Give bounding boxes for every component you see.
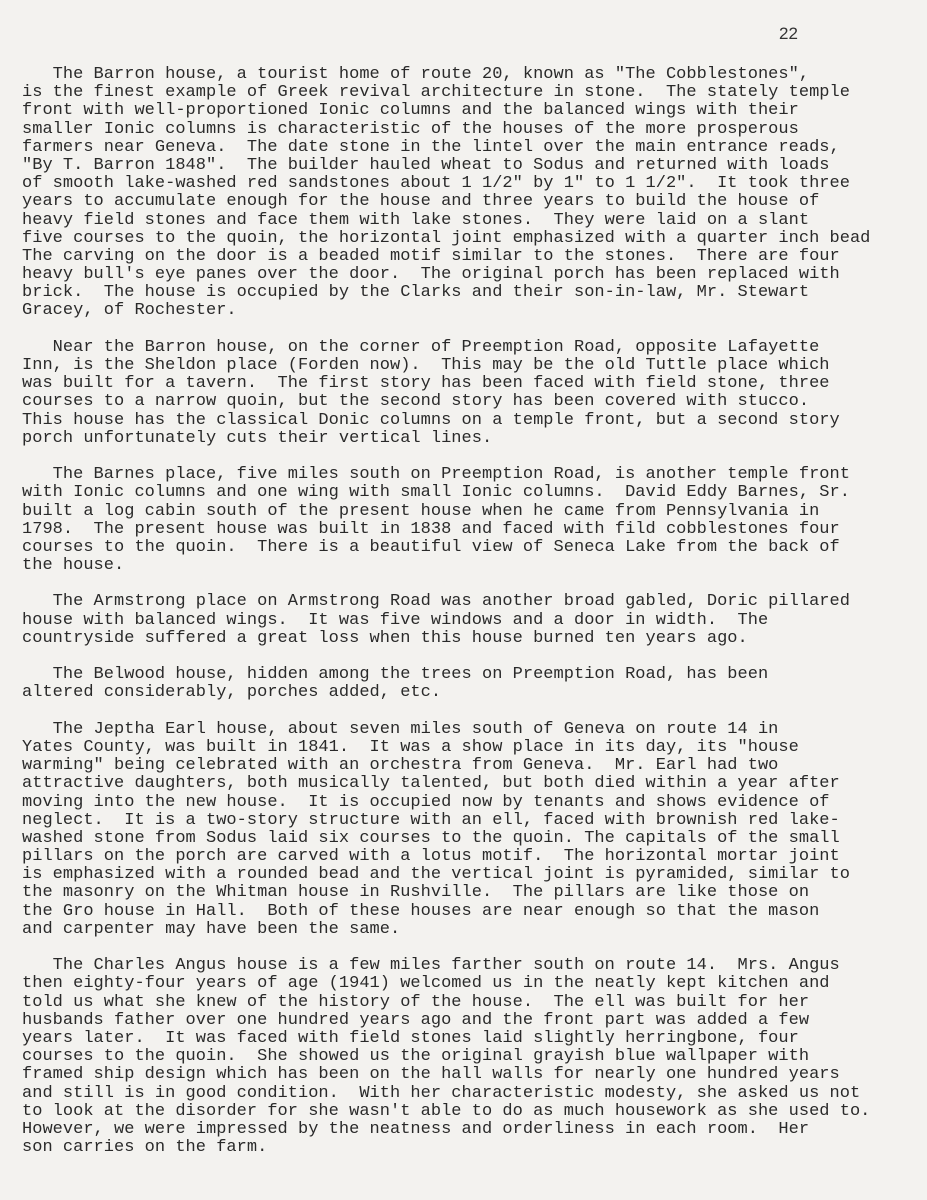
text-line: heavy field stones and face them with la… [22,212,922,230]
text-line: is emphasized with a rounded bead and th… [22,866,922,884]
text-line: The Charles Angus house is a few miles f… [22,957,922,975]
text-line: years later. It was faced with field sto… [22,1030,922,1048]
text-line: with Ionic columns and one wing with sma… [22,484,922,502]
text-line: front with well-proportioned Ionic colum… [22,102,922,120]
text-line: Inn, is the Sheldon place (Forden now). … [22,357,922,375]
text-line: of smooth lake-washed red sandstones abo… [22,175,922,193]
text-line: The Jeptha Earl house, about seven miles… [22,721,922,739]
text-line: moving into the new house. It is occupie… [22,794,922,812]
page-number: 22 [779,24,798,44]
text-line: courses to the quoin. There is a beautif… [22,539,922,557]
text-line: courses to the quoin. She showed us the … [22,1048,922,1066]
text-line: However, we were impressed by the neatne… [22,1121,922,1139]
paragraph: Near the Barron house, on the corner of … [22,339,922,448]
text-line: washed stone from Sodus laid six courses… [22,830,922,848]
text-line: pillars on the porch are carved with a l… [22,848,922,866]
text-line: attractive daughters, both musically tal… [22,775,922,793]
text-line: The Armstrong place on Armstrong Road wa… [22,593,922,611]
text-line: Yates County, was built in 1841. It was … [22,739,922,757]
paragraph: The Charles Angus house is a few miles f… [22,957,922,1157]
text-line: brick. The house is occupied by the Clar… [22,284,922,302]
paragraph: The Jeptha Earl house, about seven miles… [22,721,922,939]
text-line: smaller Ionic columns is characteristic … [22,121,922,139]
text-line: husbands father over one hundred years a… [22,1012,922,1030]
text-line: farmers near Geneva. The date stone in t… [22,139,922,157]
text-line: countryside suffered a great loss when t… [22,630,922,648]
text-line: The Barron house, a tourist home of rout… [22,66,922,84]
text-line: years to accumulate enough for the house… [22,193,922,211]
document-body: The Barron house, a tourist home of rout… [22,66,922,1175]
text-line: porch unfortunately cuts their vertical … [22,430,922,448]
text-line: heavy bull's eye panes over the door. Th… [22,266,922,284]
text-line: and still is in good condition. With her… [22,1085,922,1103]
text-line: "By T. Barron 1848". The builder hauled … [22,157,922,175]
paragraph: The Barnes place, five miles south on Pr… [22,466,922,575]
text-line: altered considerably, porches added, etc… [22,684,922,702]
text-line: The carving on the door is a beaded moti… [22,248,922,266]
text-line: five courses to the quoin, the horizonta… [22,230,922,248]
text-line: Gracey, of Rochester. [22,302,922,320]
text-line: to look at the disorder for she wasn't a… [22,1103,922,1121]
text-line: the masonry on the Whitman house in Rush… [22,884,922,902]
text-line: The Belwood house, hidden among the tree… [22,666,922,684]
text-line: is the finest example of Greek revival a… [22,84,922,102]
text-line: the house. [22,557,922,575]
paragraph: The Belwood house, hidden among the tree… [22,666,922,702]
text-line: courses to a narrow quoin, but the secon… [22,393,922,411]
text-line: warming" being celebrated with an orches… [22,757,922,775]
text-line: the Gro house in Hall. Both of these hou… [22,903,922,921]
paragraph: The Armstrong place on Armstrong Road wa… [22,593,922,648]
text-line: The Barnes place, five miles south on Pr… [22,466,922,484]
text-line: and carpenter may have been the same. [22,921,922,939]
text-line: then eighty-four years of age (1941) wel… [22,975,922,993]
text-line: house with balanced wings. It was five w… [22,612,922,630]
text-line: 1798. The present house was built in 183… [22,521,922,539]
text-line: neglect. It is a two-story structure wit… [22,812,922,830]
text-line: Near the Barron house, on the corner of … [22,339,922,357]
text-line: told us what she knew of the history of … [22,994,922,1012]
text-line: built a log cabin south of the present h… [22,503,922,521]
text-line: son carries on the farm. [22,1139,922,1157]
text-line: framed ship design which has been on the… [22,1066,922,1084]
paragraph: The Barron house, a tourist home of rout… [22,66,922,321]
text-line: This house has the classical Donic colum… [22,412,922,430]
text-line: was built for a tavern. The first story … [22,375,922,393]
